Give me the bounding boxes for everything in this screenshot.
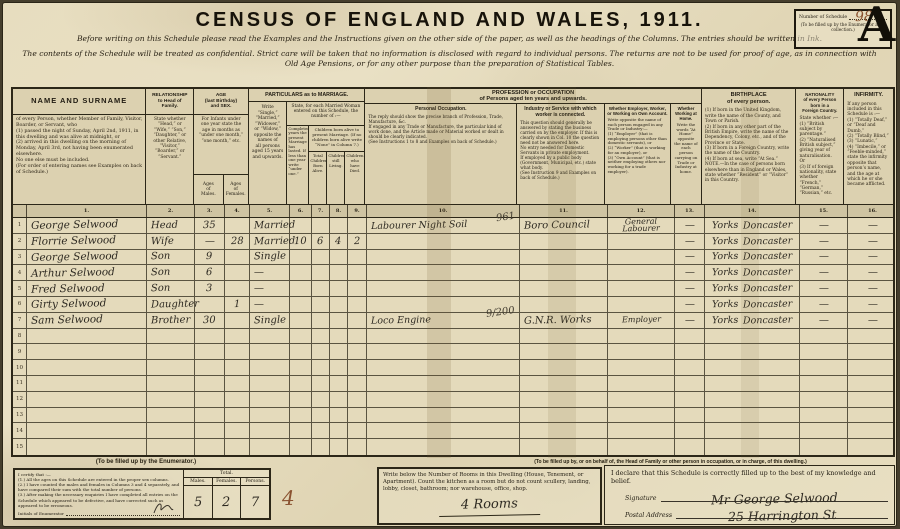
infirmity-cell: — xyxy=(848,265,897,280)
col-nationality-header: NATIONALITY of every Person born in a Fo… xyxy=(796,89,844,204)
occupation-cell xyxy=(367,408,520,423)
schedule-number-label: Number of Schedule xyxy=(799,15,847,21)
enumerator-initials-mark xyxy=(151,500,175,516)
infirmity-cell xyxy=(848,360,897,375)
name-cell xyxy=(27,376,147,391)
birthplace-cell: YorksDoncaster xyxy=(705,313,800,328)
age-females-cell xyxy=(225,408,250,423)
infirmity-cell xyxy=(848,329,897,344)
age-males-cell xyxy=(195,344,225,359)
row-number: 6 xyxy=(13,297,27,312)
infirmity-body: If any person included in this Schedule … xyxy=(844,100,893,190)
industry-cell xyxy=(520,265,608,280)
col-employer-worker: Whether Employer, Worker, or Working on … xyxy=(605,104,672,204)
industry-cell xyxy=(520,376,608,391)
children-born-cell: 6 xyxy=(312,234,330,249)
years-married-cell xyxy=(290,265,312,280)
age-males-cell xyxy=(195,297,225,312)
age-females-cell xyxy=(225,360,250,375)
nationality-cell xyxy=(800,439,848,455)
age-males-cell xyxy=(195,439,225,455)
instruction-line-1: Before writing on this Schedule please r… xyxy=(18,34,881,44)
infirmity-cell: — xyxy=(848,250,897,265)
children-died-cell xyxy=(348,344,367,359)
marital-condition-cell xyxy=(250,344,290,359)
age-females-cell xyxy=(225,218,250,233)
working-at-home-cell: — xyxy=(675,313,705,328)
marital-condition-cell xyxy=(250,408,290,423)
col-birthplace-header: BIRTHPLACE of every person. (1) If born … xyxy=(702,89,797,204)
nationality-cell: — xyxy=(800,313,848,328)
name-cell xyxy=(27,344,147,359)
working-at-home-body: Write the words “At Home” opposite the n… xyxy=(671,122,701,176)
children-born-cell xyxy=(312,281,330,296)
age-males-cell xyxy=(195,423,225,438)
children-living-cell: 4 xyxy=(330,234,348,249)
marital-condition-cell: Married xyxy=(250,218,290,233)
children-note: Children born alive to present Marriage.… xyxy=(309,126,364,152)
age-females-cell xyxy=(225,313,250,328)
children-born-cell xyxy=(312,408,330,423)
page-title: CENSUS OF ENGLAND AND WALES, 1911. xyxy=(3,9,896,32)
declaration-text: I declare that this Schedule is correctl… xyxy=(611,469,888,485)
row-number: 2 xyxy=(13,234,27,249)
col-relationship-header: RELATIONSHIP to Head of Family. State wh… xyxy=(146,89,194,204)
infirmity-cell: — xyxy=(848,297,897,312)
years-married-cell xyxy=(290,250,312,265)
row-number: 10 xyxy=(13,360,27,375)
marital-condition-cell xyxy=(250,329,290,344)
birthplace-cell xyxy=(705,344,800,359)
age-males-cell: 9 xyxy=(195,250,225,265)
relationship-cell xyxy=(147,329,195,344)
marital-condition-cell xyxy=(250,376,290,391)
rooms-value: 4 Rooms xyxy=(439,496,540,517)
infirmity-cell xyxy=(848,344,897,359)
children-living-cell xyxy=(330,439,348,455)
children-living-cell xyxy=(330,329,348,344)
column-number: 4. xyxy=(225,205,250,217)
age-males-cell xyxy=(195,392,225,407)
employer-worker-cell xyxy=(608,265,675,280)
occupation-cell xyxy=(367,423,520,438)
col-relationship-title: RELATIONSHIP to Head of Family. xyxy=(146,89,193,115)
nationality-cell: — xyxy=(800,265,848,280)
working-at-home-cell: — xyxy=(675,265,705,280)
col-relationship-body: State whether “Head,” or “Wife,” “Son,” … xyxy=(146,115,193,162)
table-row: 13 xyxy=(13,408,893,424)
relationship-cell xyxy=(147,344,195,359)
totals-males-value: 5 xyxy=(194,494,203,509)
infirmity-cell: — xyxy=(848,313,897,328)
birthplace-cell xyxy=(705,360,800,375)
totals-females-label: Females. xyxy=(213,478,242,485)
occupation-cell xyxy=(367,250,520,265)
nationality-cell xyxy=(800,376,848,391)
marital-condition-cell: — xyxy=(250,281,290,296)
column-number: 11. xyxy=(520,205,608,217)
column-number: 5. xyxy=(250,205,290,217)
age-females-cell xyxy=(225,392,250,407)
age-females-cell xyxy=(225,439,250,455)
children-died-cell xyxy=(348,250,367,265)
col-age-header: AGE (last Birthday) and SEX. For Infants… xyxy=(194,89,249,204)
children-died-cell xyxy=(348,423,367,438)
relationship-cell xyxy=(147,392,195,407)
name-cell: George Selwood xyxy=(27,218,147,233)
row-number: 7 xyxy=(13,313,27,328)
children-died-cell xyxy=(348,360,367,375)
table-row: 4 Arthur Selwood Son 6 — — YorksDoncaste… xyxy=(13,265,893,281)
infirmity-cell xyxy=(848,408,897,423)
employer-worker-cell xyxy=(608,234,675,249)
age-females-cell: 28 xyxy=(225,234,250,249)
occupation-cell xyxy=(367,234,520,249)
column-number: 6. xyxy=(290,205,312,217)
industry-cell xyxy=(520,344,608,359)
birthplace-body: (1) If born in the United Kingdom, write… xyxy=(702,106,796,185)
nationality-cell xyxy=(800,392,848,407)
employer-worker-cell xyxy=(608,392,675,407)
birthplace-cell xyxy=(705,423,800,438)
col-ages-females: Ages of Females. xyxy=(224,175,248,204)
col-personal-occupation: Personal Occupation. The reply should sh… xyxy=(365,104,517,204)
col-age-sex-split: Ages of Males. Ages of Females. xyxy=(194,174,248,204)
working-at-home-cell xyxy=(675,344,705,359)
enumerator-section-heading: (To be filled up by the Enumerator.) xyxy=(21,459,271,465)
table-row: 2 Florrie Selwood Wife — 28 Married 10 6… xyxy=(13,234,893,250)
children-living-cell xyxy=(330,265,348,280)
children-born-cell xyxy=(312,265,330,280)
industry-cell xyxy=(520,360,608,375)
col-marital-condition: Write “Single,” “Married,” “Widower,” or… xyxy=(249,102,287,204)
working-at-home-cell: — xyxy=(675,234,705,249)
industry-cell xyxy=(520,423,608,438)
marital-condition-cell: Married xyxy=(250,234,290,249)
column-number-strip: 1.2.3.4.5.6.7.8.9.10.11.12.13.14.15.16. xyxy=(13,205,893,218)
column-number: 13. xyxy=(675,205,705,217)
birthplace-cell xyxy=(705,392,800,407)
col-years-married: Completed years the present Marriage has… xyxy=(287,126,309,204)
marital-condition-cell xyxy=(250,439,290,455)
children-died-cell xyxy=(348,297,367,312)
employer-worker-cell xyxy=(608,439,675,455)
marital-condition-cell: — xyxy=(250,265,290,280)
table-row: 15 xyxy=(13,439,893,455)
personal-occupation-title: Personal Occupation. xyxy=(365,104,516,113)
col-infirmity-header: INFIRMITY. If any person included in thi… xyxy=(844,89,893,204)
birthplace-cell: YorksDoncaster xyxy=(705,250,800,265)
children-died-cell xyxy=(348,439,367,455)
col-marriage-header: PARTICULARS as to MARRIAGE. Write “Singl… xyxy=(249,89,365,204)
column-number: 7. xyxy=(312,205,330,217)
children-living-cell xyxy=(330,250,348,265)
working-at-home-cell xyxy=(675,408,705,423)
children-living-cell xyxy=(330,281,348,296)
name-cell xyxy=(27,423,147,438)
age-females-cell xyxy=(225,329,250,344)
marriage-group-title: PARTICULARS as to MARRIAGE. xyxy=(249,89,364,102)
years-married-cell xyxy=(290,439,312,455)
name-cell: Girty Selwood xyxy=(27,297,147,312)
column-number: 3. xyxy=(195,205,225,217)
infirmity-cell: — xyxy=(848,281,897,296)
children-born-cell xyxy=(312,250,330,265)
birthplace-cell xyxy=(705,376,800,391)
children-died-cell xyxy=(348,218,367,233)
nationality-cell xyxy=(800,329,848,344)
children-living-cell xyxy=(330,218,348,233)
age-males-cell: 6 xyxy=(195,265,225,280)
table-row: 7 Sam Selwood Brother 30 Single Loco Eng… xyxy=(13,313,893,329)
employer-worker-cell xyxy=(608,281,675,296)
occupation-cell: Labourer Night Soil961 xyxy=(367,218,520,233)
col-name-header: NAME AND SURNAME of every Person, whethe… xyxy=(13,89,146,204)
totals-persons-label: Persons. xyxy=(241,478,269,485)
children-died-cell: 2 xyxy=(348,234,367,249)
table-row: 5 Fred Selwood Son 3 — — YorksDoncaster … xyxy=(13,281,893,297)
years-married-cell xyxy=(290,313,312,328)
nationality-cell xyxy=(800,408,848,423)
employer-worker-cell xyxy=(608,360,675,375)
age-males-cell: — xyxy=(195,234,225,249)
table-row: 10 xyxy=(13,360,893,376)
industry-cell: G.N.R. Works xyxy=(520,313,608,328)
children-born-cell xyxy=(312,329,330,344)
infirmity-cell xyxy=(848,392,897,407)
nationality-cell xyxy=(800,360,848,375)
employer-worker-cell xyxy=(608,423,675,438)
children-living-cell xyxy=(330,408,348,423)
children-born-cell xyxy=(312,344,330,359)
children-born-cell xyxy=(312,376,330,391)
corner-letter-a: A xyxy=(858,0,895,53)
table-row: 9 xyxy=(13,344,893,360)
infirmity-cell: — xyxy=(848,218,897,233)
relationship-cell: Son xyxy=(147,281,195,296)
children-born-cell xyxy=(312,439,330,455)
nationality-title: NATIONALITY of every Person born in a Fo… xyxy=(796,89,843,114)
postal-address-value: 25 Harrington St xyxy=(728,507,837,524)
working-at-home-cell: — xyxy=(675,297,705,312)
column-number: 1. xyxy=(27,205,147,217)
working-at-home-cell: — xyxy=(675,281,705,296)
table-row: 3 George Selwood Son 9 Single — YorksDon… xyxy=(13,250,893,266)
years-married-cell xyxy=(290,329,312,344)
relationship-cell: Wife xyxy=(147,234,195,249)
signature-value: Mr George Selwood xyxy=(711,490,838,508)
children-living-cell xyxy=(330,297,348,312)
children-living-cell xyxy=(330,376,348,391)
employer-worker-body: Write opposite the name of each person e… xyxy=(605,117,671,175)
column-number: 16. xyxy=(848,205,897,217)
col-working-at-home: Whether Working at Home. Write the words… xyxy=(671,104,701,204)
table-row: 11 xyxy=(13,376,893,392)
industry-cell xyxy=(520,234,608,249)
col-children-died: Children who have Died. xyxy=(345,152,364,204)
industry-cell xyxy=(520,392,608,407)
children-born-cell xyxy=(312,218,330,233)
birthplace-title: BIRTHPLACE of every person. xyxy=(702,89,796,106)
birthplace-cell xyxy=(705,408,800,423)
col-industry: Industry or Service with which worker is… xyxy=(517,104,604,204)
occupation-cell xyxy=(367,360,520,375)
row-number: 5 xyxy=(13,281,27,296)
age-females-cell: 1 xyxy=(225,297,250,312)
marital-condition-cell xyxy=(250,360,290,375)
row-number: 4 xyxy=(13,265,27,280)
working-at-home-cell: — xyxy=(675,218,705,233)
initials-label: Initials of Enumerator xyxy=(18,511,64,516)
employer-worker-cell xyxy=(608,250,675,265)
years-married-cell xyxy=(290,423,312,438)
employer-worker-title: Whether Employer, Worker, or Working on … xyxy=(605,104,671,117)
occupation-cell xyxy=(367,265,520,280)
industry-cell xyxy=(520,281,608,296)
row-number: 8 xyxy=(13,329,27,344)
years-married-cell: 10 xyxy=(290,234,312,249)
nationality-cell: — xyxy=(800,297,848,312)
relationship-cell: Head xyxy=(147,218,195,233)
name-cell xyxy=(27,392,147,407)
column-number: 2. xyxy=(147,205,195,217)
children-died-cell xyxy=(348,265,367,280)
children-died-cell xyxy=(348,329,367,344)
children-living-cell xyxy=(330,313,348,328)
declaration-box: I declare that this Schedule is correctl… xyxy=(604,465,895,525)
occupation-cell xyxy=(367,344,520,359)
row-number: 15 xyxy=(13,439,27,455)
children-died-cell xyxy=(348,281,367,296)
age-males-cell xyxy=(195,376,225,391)
occupation-cell xyxy=(367,329,520,344)
row-number: 12 xyxy=(13,392,27,407)
census-form: CENSUS OF ENGLAND AND WALES, 1911. Befor… xyxy=(2,2,897,527)
children-born-cell xyxy=(312,360,330,375)
enumerator-certify-box: I certify that :— (1.) All the ages on t… xyxy=(13,468,271,520)
industry-title: Industry or Service with which worker is… xyxy=(517,104,603,119)
totals-persons-value: 7 xyxy=(251,494,260,509)
children-living-cell xyxy=(330,423,348,438)
name-cell: Sam Selwood xyxy=(27,313,147,328)
relationship-cell: Son xyxy=(147,265,195,280)
col-ages-males: Ages of Males. xyxy=(194,175,223,204)
table-row: 12 xyxy=(13,392,893,408)
infirmity-cell xyxy=(848,376,897,391)
occupation-code: 961 xyxy=(495,211,515,225)
row-number: 9 xyxy=(13,344,27,359)
age-females-cell xyxy=(225,265,250,280)
table-row: 8 xyxy=(13,329,893,345)
marital-condition-cell xyxy=(250,392,290,407)
children-living-cell xyxy=(330,360,348,375)
years-married-cell xyxy=(290,408,312,423)
age-males-cell: 35 xyxy=(195,218,225,233)
infirmity-title: INFIRMITY. xyxy=(844,89,893,100)
col-profession-header: PROFESSION or OCCUPATION of Persons aged… xyxy=(365,89,701,204)
nationality-cell: — xyxy=(800,234,848,249)
birthplace-cell xyxy=(705,329,800,344)
nationality-cell: — xyxy=(800,281,848,296)
rooms-instruction: Write below the Number of Rooms in this … xyxy=(383,472,596,493)
working-at-home-cell xyxy=(675,376,705,391)
children-died-cell xyxy=(348,408,367,423)
row-number: 11 xyxy=(13,376,27,391)
col-children-born: Total Children Born Alive. xyxy=(309,152,327,204)
marital-condition-cell: Single xyxy=(250,250,290,265)
children-living-cell xyxy=(330,392,348,407)
employer-worker-cell xyxy=(608,329,675,344)
age-males-cell: 3 xyxy=(195,281,225,296)
employer-worker-cell: General Labourer xyxy=(608,218,675,233)
infirmity-cell xyxy=(848,423,897,438)
age-males-cell xyxy=(195,360,225,375)
birthplace-cell: YorksDoncaster xyxy=(705,297,800,312)
column-number: 9. xyxy=(348,205,367,217)
column-number: 12. xyxy=(608,205,675,217)
working-at-home-cell xyxy=(675,439,705,455)
years-married-cell xyxy=(290,281,312,296)
children-living-cell xyxy=(330,344,348,359)
table-row: 6 Girty Selwood Daughter 1 — — YorksDonc… xyxy=(13,297,893,313)
relationship-cell xyxy=(147,439,195,455)
age-males-cell xyxy=(195,329,225,344)
totals-females-value: 2 xyxy=(222,494,231,509)
rooms-box: Write below the Number of Rooms in this … xyxy=(377,467,602,525)
col-name-body: of every Person, whether Member of Famil… xyxy=(13,115,145,177)
marital-condition-cell: Single xyxy=(250,313,290,328)
nationality-cell xyxy=(800,344,848,359)
name-cell: George Selwood xyxy=(27,250,147,265)
employer-worker-cell: Employer xyxy=(608,313,675,328)
age-females-cell xyxy=(225,423,250,438)
table-rows: 1 George Selwood Head 35 Married Laboure… xyxy=(13,218,893,455)
row-number: 13 xyxy=(13,408,27,423)
name-cell: Fred Selwood xyxy=(27,281,147,296)
working-at-home-cell xyxy=(675,360,705,375)
working-at-home-cell xyxy=(675,329,705,344)
age-females-cell xyxy=(225,376,250,391)
infirmity-cell xyxy=(848,439,897,455)
signature-label: Signature xyxy=(625,495,657,502)
industry-body: This question should generally be answer… xyxy=(517,119,603,181)
children-born-cell xyxy=(312,297,330,312)
industry-cell xyxy=(520,297,608,312)
industry-cell: Boro Council xyxy=(520,218,608,233)
years-married-cell xyxy=(290,218,312,233)
birthplace-cell: YorksDoncaster xyxy=(705,281,800,296)
occupation-cell: Loco Engine9/200 xyxy=(367,313,520,328)
occupation-cell xyxy=(367,376,520,391)
personal-occupation-body: The reply should show the precise branch… xyxy=(365,113,516,145)
name-cell xyxy=(27,408,147,423)
marital-condition-cell: — xyxy=(250,297,290,312)
column-number xyxy=(13,205,27,217)
children-died-cell xyxy=(348,392,367,407)
table-header: NAME AND SURNAME of every Person, whethe… xyxy=(13,89,893,205)
postal-address-label: Postal Address xyxy=(625,512,672,519)
children-died-cell xyxy=(348,376,367,391)
marital-condition-cell xyxy=(250,423,290,438)
col-name-title: NAME AND SURNAME xyxy=(13,89,145,115)
age-males-cell xyxy=(195,408,225,423)
birthplace-cell: YorksDoncaster xyxy=(705,234,800,249)
working-at-home-cell: — xyxy=(675,250,705,265)
employer-worker-cell xyxy=(608,408,675,423)
years-married-cell xyxy=(290,392,312,407)
name-cell xyxy=(27,439,147,455)
birthplace-cell: YorksDoncaster xyxy=(705,265,800,280)
